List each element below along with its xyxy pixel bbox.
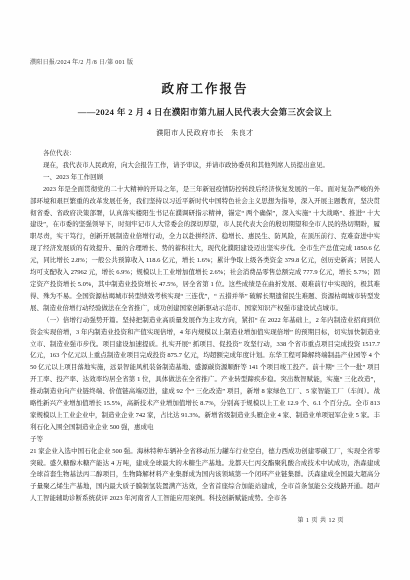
report-byline: 濮阳市人民政府市长 朱良才	[0, 128, 410, 138]
report-title: 政府工作报告	[0, 79, 410, 97]
body-paragraph: 子等	[30, 434, 380, 446]
report-subtitle: ——2024 年 2 月 4 日在濮阳市第九届人民代表大会第三次会议上	[0, 106, 410, 118]
body-paragraph: 一、2023 年工作回顾	[30, 172, 380, 184]
body-paragraph: 21 家企业入选中国石化企业 500 强。海林特种车辆补全省移动压力罐车行业空白…	[30, 446, 380, 506]
newspaper-masthead: 濮阳日报/2024 年/2 月/8 日/第 001 版	[30, 57, 133, 66]
body-paragraph: 现在，我代表市人民政府，向大会报告工作，请予审议，并请市政协委员和其他列席人员提…	[30, 160, 380, 172]
body-paragraph: （一）倍增行动强势开篇。坚持把制造业高质量发展作为主攻方向，紧扣“ 在 2022…	[30, 315, 380, 434]
report-body: 各位代表：现在，我代表市人民政府，向大会报告工作，请予审议，并请市政协委员和其他…	[30, 148, 380, 505]
page-number: 第 1 页 共 12 页	[297, 515, 344, 524]
document-page: 濮阳日报/2024 年/2 月/8 日/第 001 版 政府工作报告 ——202…	[0, 0, 410, 580]
body-paragraph: 各位代表：	[30, 148, 380, 160]
body-paragraph: 2023 年是全面贯彻党的二十大精神的开局之年，是三年新冠疫情防控转段后经济恢复…	[30, 184, 380, 315]
